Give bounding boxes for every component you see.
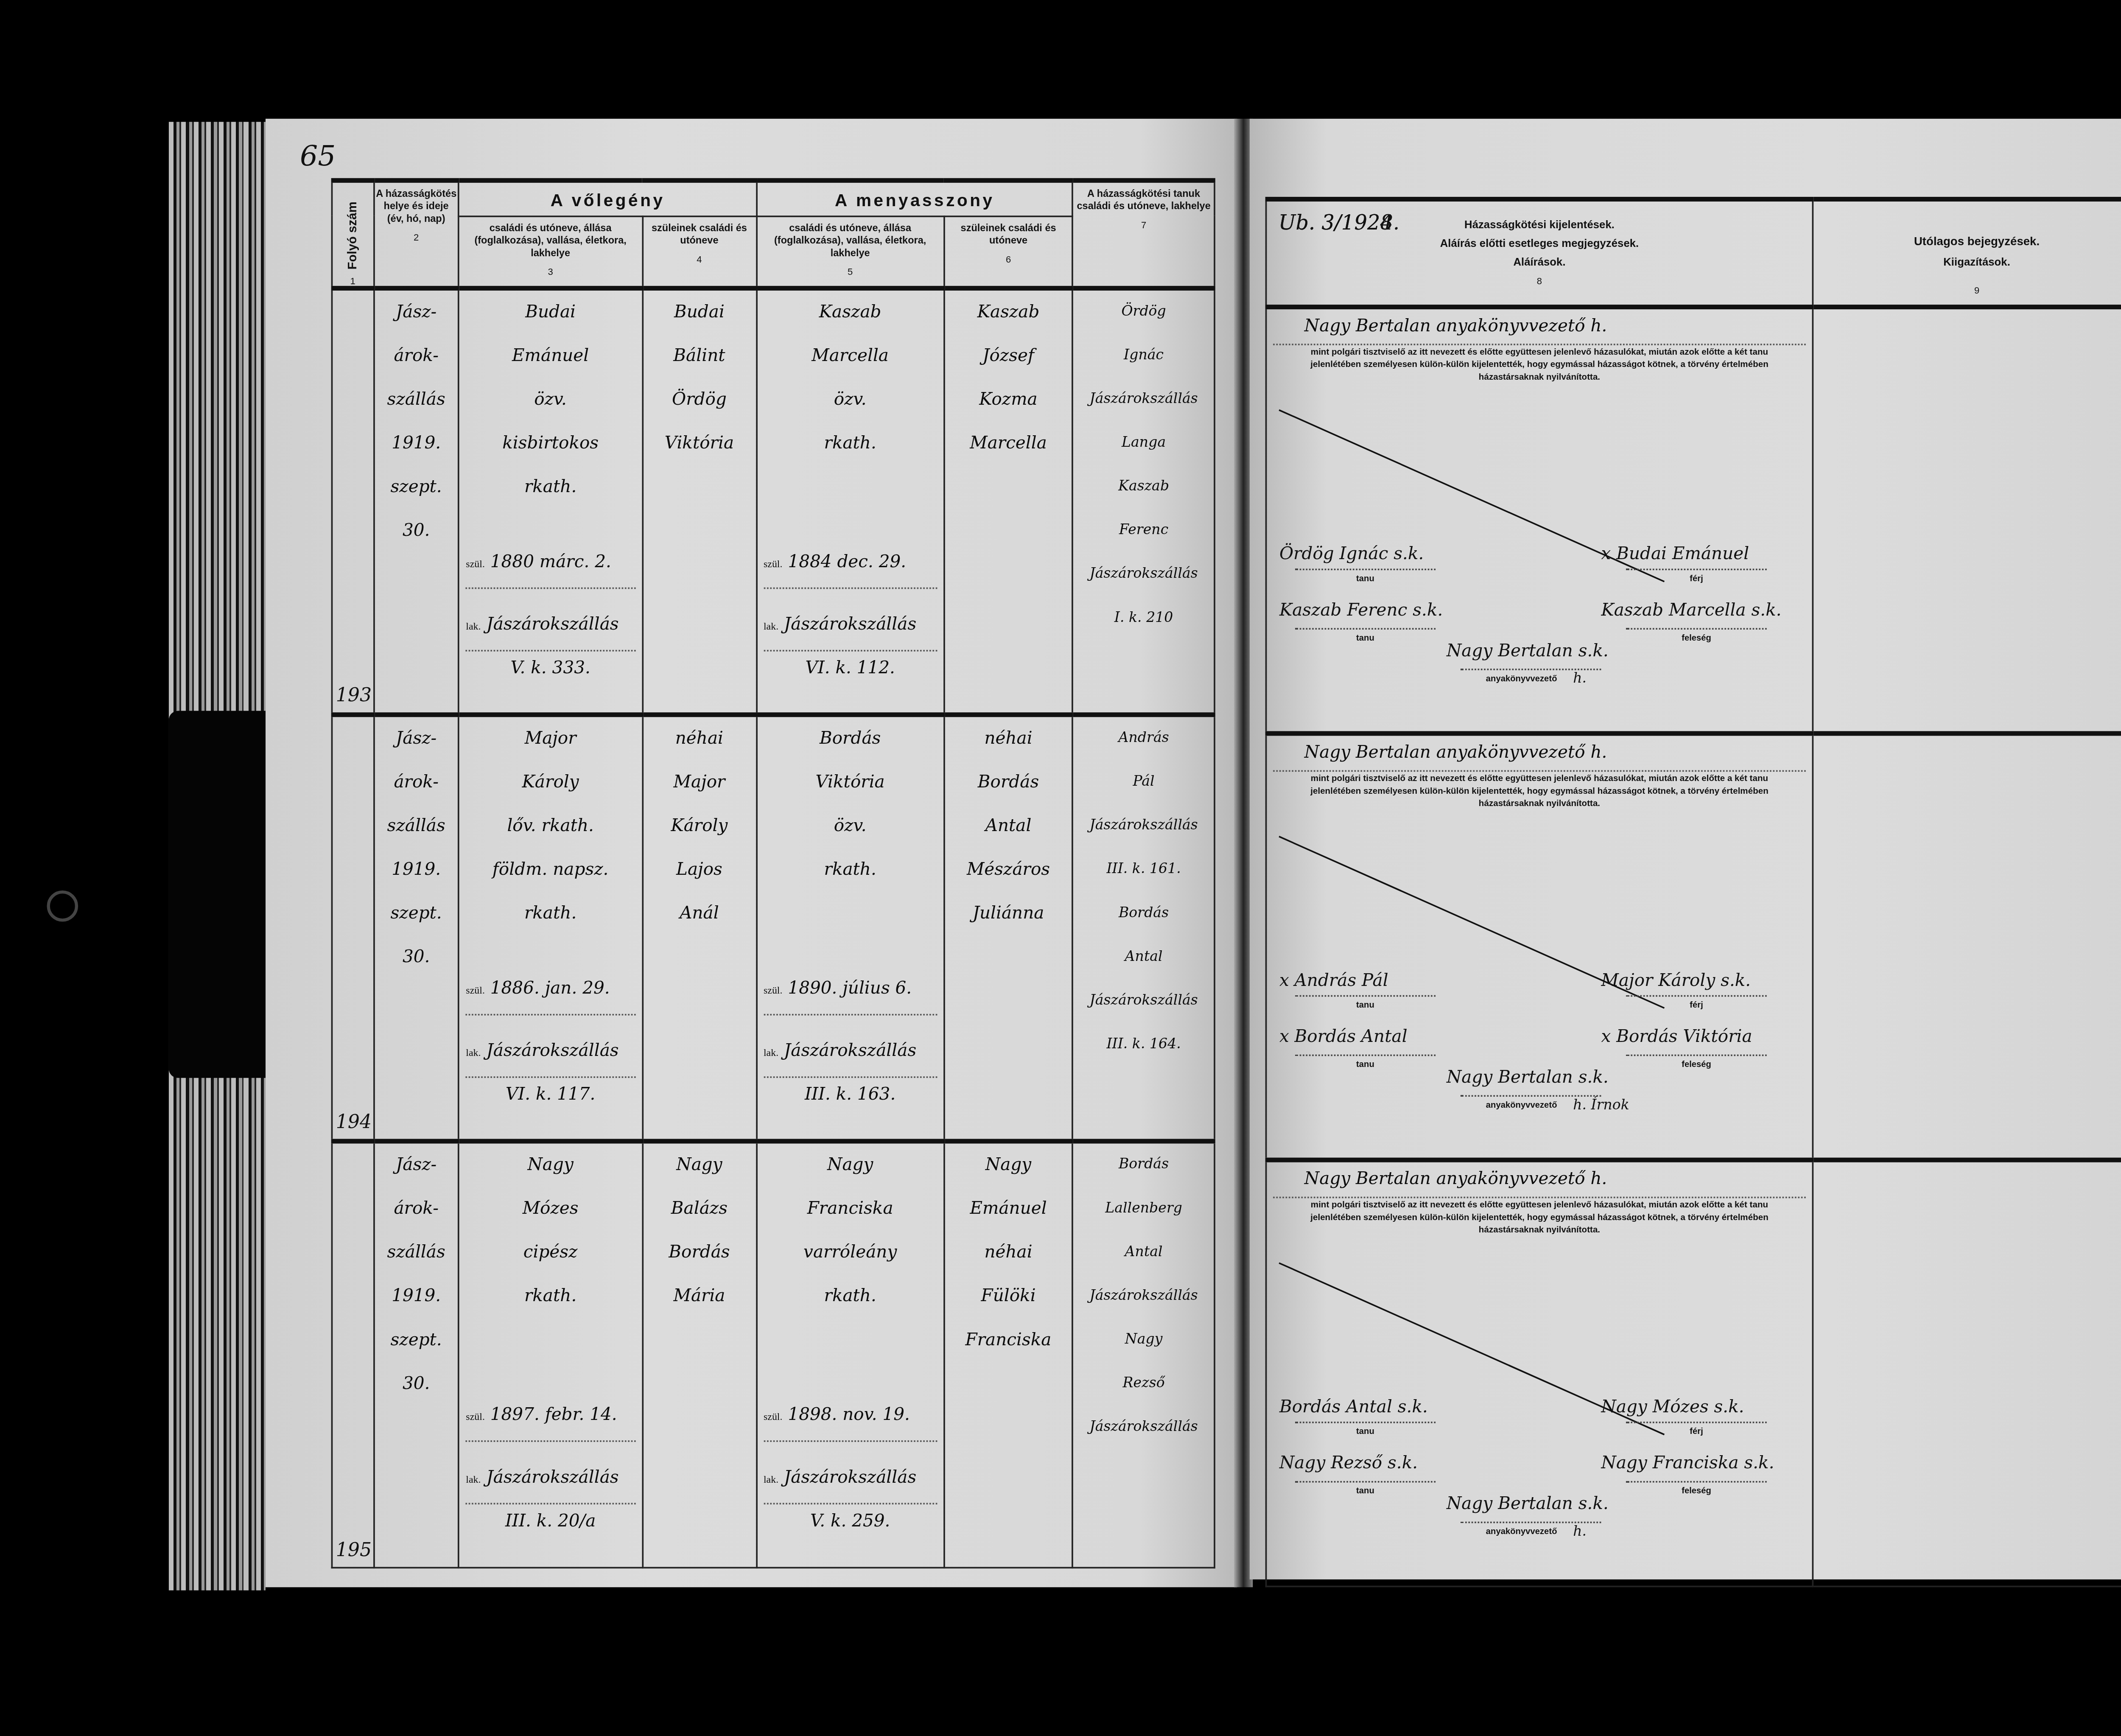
witnesses-cell: ÖrdögIgnácJászárokszállásLangaKaszabFere… bbox=[1073, 288, 1214, 715]
witnesses-cell: BordásLallenbergAntalJászárokszállásNagy… bbox=[1073, 1141, 1214, 1568]
header-col7: A házasságkötési tanuk családi és utónev… bbox=[1073, 180, 1214, 288]
clasp-ring-icon bbox=[47, 890, 78, 922]
header-col2: A házasságkötés helye és ideje (év, hó, … bbox=[374, 180, 459, 288]
later-note-cell bbox=[1813, 307, 2121, 734]
header-col6: szüleinek családi és utóneve6 bbox=[944, 216, 1073, 288]
entry-number-cell: 194 bbox=[332, 714, 374, 1141]
header-col9: Utólagos bejegyzések. Kiigazítások. 9 bbox=[1813, 199, 2121, 307]
bride-parents-cell: néhaiBordásAntalMészárosJuliánna bbox=[944, 714, 1073, 1141]
declaration-row-195: Nagy Bertalan anyakönyvvezető h. mint po… bbox=[1266, 1160, 2121, 1587]
groom-cell: NagyMózescipészrkath. szül. 1897. febr. … bbox=[459, 1141, 642, 1568]
declaration-cell: Nagy Bertalan anyakönyvvezető h. mint po… bbox=[1266, 733, 1813, 1160]
bride-parents-cell: KaszabJózsefKozmaMarcella bbox=[944, 288, 1073, 715]
declaration-cell: Nagy Bertalan anyakönyvvezető h. mint po… bbox=[1266, 1160, 1813, 1587]
place-date-cell: Jász-árok-szállás1919.szept.30. bbox=[374, 714, 459, 1141]
bride-parents-cell: NagyEmánuelnéhaiFülökiFranciska bbox=[944, 1141, 1073, 1568]
left-page: 65 Folyó szám 1 A házasságkötés helye és… bbox=[266, 119, 1237, 1587]
left-page-number: 65 bbox=[300, 140, 336, 173]
later-note-cell: Ub. 3/1924 bbox=[1813, 733, 2121, 1160]
entry-number-cell: 195 bbox=[332, 1141, 374, 1568]
place-date-cell: Jász-árok-szállás1919.szept.30. bbox=[374, 288, 459, 715]
header-col1: Folyó szám 1 bbox=[332, 180, 374, 288]
book-scan: 65 Folyó szám 1 A házasságkötés helye és… bbox=[0, 0, 2121, 1736]
declaration-row-194: Nagy Bertalan anyakönyvvezető h. mint po… bbox=[1266, 733, 2121, 1160]
place-date-cell: Jász-árok-szállás1919.szept.30. bbox=[374, 1141, 459, 1568]
right-register-table: Házasságkötési kijelentések. Aláírás elő… bbox=[1265, 197, 2121, 1587]
bride-cell: BordásViktóriaözv.rkath. szül. 1890. júl… bbox=[756, 714, 944, 1141]
entry-number-cell: 193 bbox=[332, 288, 374, 715]
entry-row-194: 194 Jász-árok-szállás1919.szept.30. Majo… bbox=[332, 714, 1215, 1141]
later-note-cell: Ub. 3/1928. bbox=[1813, 1160, 2121, 1587]
declaration-row-193: Nagy Bertalan anyakönyvvezető h. mint po… bbox=[1266, 307, 2121, 734]
witnesses-cell: AndrásPálJászárokszállásIII. k. 161.Bord… bbox=[1073, 714, 1214, 1141]
groom-parents-cell: NagyBalázsBordásMária bbox=[642, 1141, 757, 1568]
header-col3: családi és utóneve, állása (foglalkozása… bbox=[459, 216, 642, 288]
header-groom-group: A vőlegény bbox=[459, 180, 757, 216]
right-page: 65 Házasságkötési kijelentések. Aláírás … bbox=[1250, 119, 2121, 1579]
groom-cell: BudaiEmánuelözv.kisbirtokosrkath. szül. … bbox=[459, 288, 642, 715]
bride-cell: KaszabMarcellaözv.rkath. szül. 1884 dec.… bbox=[756, 288, 944, 715]
header-bride-group: A menyasszony bbox=[756, 180, 1073, 216]
declaration-cell: Nagy Bertalan anyakönyvvezető h. mint po… bbox=[1266, 307, 1813, 734]
bride-cell: NagyFranciskavarróleányrkath. szül. 1898… bbox=[756, 1141, 944, 1568]
entry-row-193: 193 Jász-árok-szállás1919.szept.30. Buda… bbox=[332, 288, 1215, 715]
groom-cell: MajorKárolylőv. rkath.földm. napsz.rkath… bbox=[459, 714, 642, 1141]
header-col5: családi és utóneve, állása (foglalkozása… bbox=[756, 216, 944, 288]
header-col4: szüleinek családi és utóneve4 bbox=[642, 216, 757, 288]
left-register-table: Folyó szám 1 A házasságkötés helye és id… bbox=[331, 178, 1215, 1568]
groom-parents-cell: BudaiBálintÖrdögViktória bbox=[642, 288, 757, 715]
groom-parents-cell: néhaiMajorKárolyLajosAnál bbox=[642, 714, 757, 1141]
entry-row-195: 195 Jász-árok-szállás1919.szept.30. Nagy… bbox=[332, 1141, 1215, 1568]
